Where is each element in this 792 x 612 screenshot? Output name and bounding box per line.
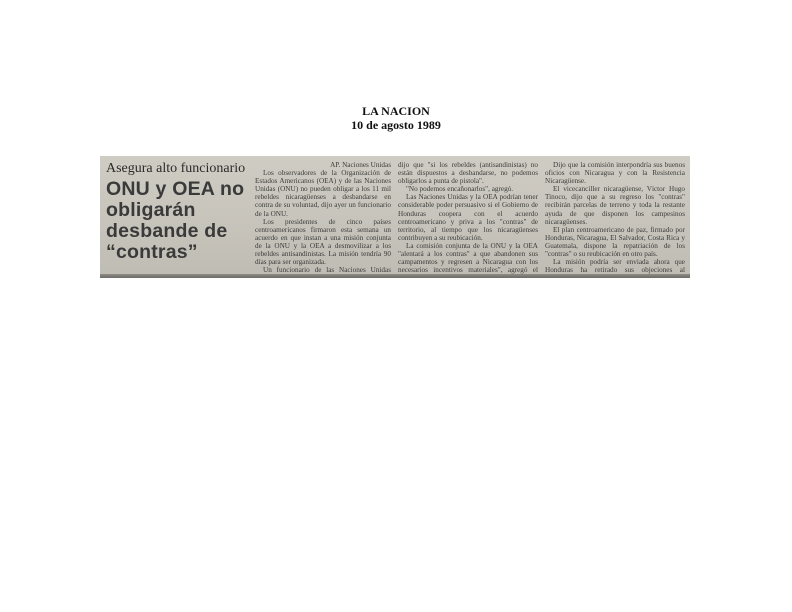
newspaper-clipping: Asegura alto funcionario ONU y OEA no ob… bbox=[100, 156, 690, 278]
kicker: Asegura alto funcionario bbox=[106, 160, 251, 177]
newspaper-name: LA NACION bbox=[0, 104, 792, 118]
paragraph: Dijo que la comisión interpondría sus bu… bbox=[545, 161, 685, 185]
dateline: AP. Naciones Unidas bbox=[255, 161, 391, 169]
paragraph: El plan centroamericano de paz, firmado … bbox=[545, 226, 685, 258]
paragraph: Los observadores de la Organización de E… bbox=[255, 169, 391, 218]
headline-line: desbande de bbox=[106, 221, 251, 242]
headline-line: “contras” bbox=[106, 242, 251, 263]
article-column-2: dijo que "si los rebeldes (antisandinist… bbox=[398, 161, 538, 278]
page-header: LA NACION 10 de agosto 1989 bbox=[0, 104, 792, 132]
article-column-3: Dijo que la comisión interpondría sus bu… bbox=[545, 161, 685, 278]
headline: ONU y OEA no obligarán desbande de “cont… bbox=[106, 179, 251, 263]
headline-block: Asegura alto funcionario ONU y OEA no ob… bbox=[106, 160, 251, 263]
paragraph: "No podemos encañonarlos", agregó. bbox=[398, 185, 538, 193]
article-column-1: AP. Naciones Unidas Los observadores de … bbox=[255, 161, 391, 278]
paragraph: La comisión conjunta de la ONU y la OEA … bbox=[398, 242, 538, 278]
paragraph: La misión podría ser enviada ahora que H… bbox=[545, 258, 685, 278]
headline-line: ONU y OEA no bbox=[106, 179, 251, 200]
paragraph: dijo que "si los rebeldes (antisandinist… bbox=[398, 161, 538, 185]
publication-date: 10 de agosto 1989 bbox=[0, 118, 792, 132]
paragraph: El vicecanciller nicaragüense, Víctor Hu… bbox=[545, 185, 685, 225]
paragraph: Un funcionario de las Naciones Unidas vi… bbox=[255, 266, 391, 278]
headline-line: obligarán bbox=[106, 200, 251, 221]
paragraph: Las Naciones Unidas y la OEA podrían ten… bbox=[398, 193, 538, 242]
paragraph: Los presidentes de cinco países centroam… bbox=[255, 218, 391, 267]
